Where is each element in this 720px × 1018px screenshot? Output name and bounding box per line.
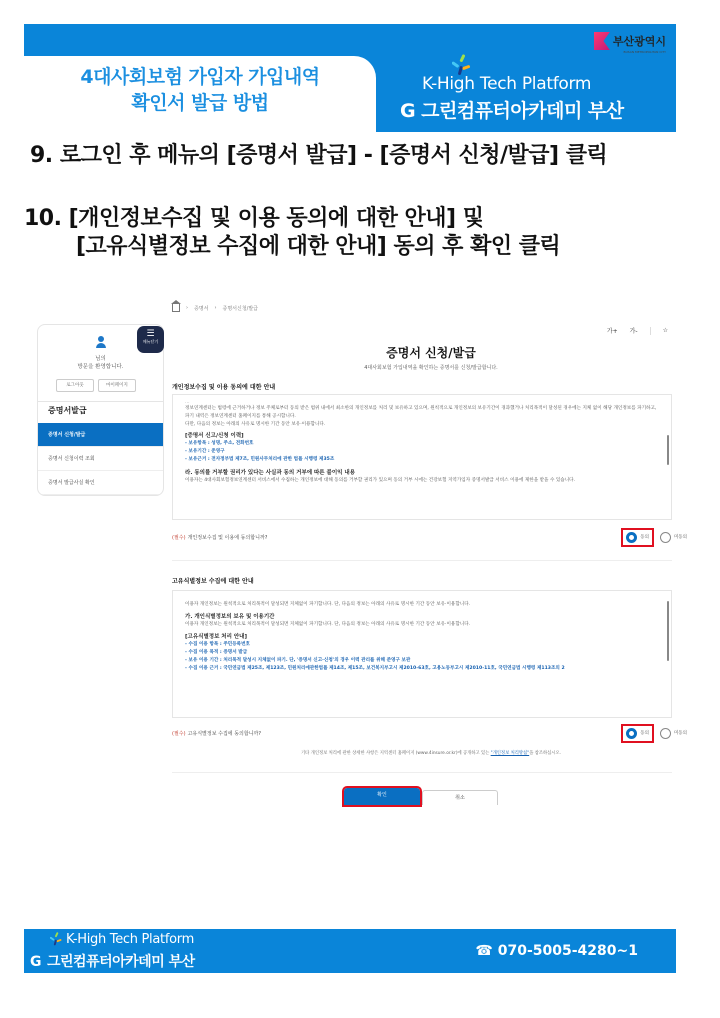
privacy-paragraph2: 다만, 다음의 정보는 아래의 사유로 명시한 기간 동안 보유·이용합니다. (185, 421, 659, 429)
sidebar-item-history[interactable]: 증명서 신청이력 조회 (38, 447, 163, 471)
note-tail: 을 참조하십시오. (529, 751, 561, 756)
privacy-list-item: - 보유항목 : 성명, 주소, 전화번호 (185, 440, 659, 448)
privacy-policy-note: 기타 개인정보 처리에 관한 상세한 사항은 지역센터 홈페이지 (www.4i… (172, 750, 690, 756)
busan-logo: 부산광역시 (594, 32, 666, 50)
menu-icon: ☰ (137, 330, 164, 339)
disagree-label: 미동의 (674, 730, 687, 736)
breadcrumb: › 증명서 › 증명서신청/발급 (172, 304, 258, 312)
breadcrumb-item[interactable]: 증명서신청/발급 (223, 305, 259, 312)
unique-id-list-title: [고유식별정보 처리 안내] (185, 633, 659, 641)
required-label: (필수) (172, 730, 186, 737)
divider (38, 401, 163, 402)
instruction-step-10: 10. [개인정보수집 및 이용 동의에 대한 안내] 및 [고유식별정보 수집… (24, 205, 684, 261)
footer-academy-text: 그린컴퓨터아카데미 부산 (47, 954, 195, 970)
privacy-consent-question: 개인정보수집 및 이용에 동의합니까? (188, 534, 268, 541)
phone-icon: ☎ (475, 943, 492, 959)
divider (172, 560, 672, 561)
unique-id-disagree-radio[interactable]: 미동의 (660, 728, 687, 739)
unique-id-paragraph1: 이용자 개인정보는 원칙적으로 처리목적이 달성되면 지체없이 파기합니다. 단… (185, 601, 659, 609)
unique-id-consent-row: (필수) 고유식별정보 수집에 동의합니까? 동의 미동의 (172, 722, 687, 744)
privacy-content-box[interactable]: … 정보연계센터는 법령에 근거하거나 정보 주체로부터 동의 받은 범위 내에… (172, 394, 672, 520)
note-text: 기타 개인정보 처리에 관한 상세한 사항은 지역센터 홈페이지 (www.4i… (301, 751, 491, 756)
radio-selected-icon[interactable] (626, 728, 637, 739)
academy-name: G그린컴퓨터아카데미 부산 (400, 96, 624, 123)
breadcrumb-item[interactable]: 증명서 (194, 305, 209, 312)
instruction-step-9: 9. 로그인 후 메뉴의 [증명서 발급] - [증명서 신청/발급] 클릭 (30, 142, 690, 170)
home-icon[interactable] (172, 304, 180, 312)
toolbar: 가+ 가- ☆ (607, 326, 668, 335)
scrollbar[interactable] (667, 435, 669, 465)
welcome-message: 님의 방문을 환영합니다. (38, 355, 163, 371)
unique-id-section-title: 고유식별정보 수집에 대한 안내 (172, 576, 254, 585)
privacy-consent-options: 동의 미동의 (621, 528, 687, 547)
footer-banner: K-High Tech Platform G그린컴퓨터아카데미 부산 ☎ 070… (24, 929, 676, 973)
privacy-consent-row: (필수) 개인정보수집 및 이용에 동의합니까? 동의 미동의 (172, 526, 687, 548)
banner-title-line2: 확인서 발급 방법 (24, 90, 376, 116)
agree-label: 동의 (640, 534, 649, 540)
busan-logo-subtext: BUSAN METROPOLITAN CITY (624, 50, 666, 54)
academy-name-text: 그린컴퓨터아카데미 부산 (421, 100, 624, 122)
privacy-disagree-radio[interactable]: 미동의 (660, 532, 687, 543)
unique-id-list-item: - 수집 이용 항목 : 주민등록번호 (185, 641, 659, 649)
k-high-logo-icon (452, 54, 474, 76)
sidebar-section-title: 증명서발급 (48, 405, 87, 416)
page-subtitle: 4대사회보험 가입내역을 확인하는 증명서를 신청/발급합니다. (172, 364, 690, 371)
footer-academy-name: G그린컴퓨터아카데미 부산 (30, 951, 195, 971)
unique-id-consent-options: 동의 미동의 (621, 724, 687, 743)
divider (172, 772, 672, 773)
privacy-section-title: 개인정보수집 및 이용 동의에 대한 안내 (172, 382, 275, 391)
footer-phone: ☎ 070-5005-4280~1 (475, 943, 638, 959)
favorite-star-icon[interactable]: ☆ (663, 327, 668, 334)
unique-id-agree-radio[interactable]: 동의 (621, 724, 654, 743)
unique-id-subtitle: 가. 개인식별정보의 보유 및 이용기간 (185, 613, 659, 621)
phone-number: 070-5005-4280~1 (498, 943, 638, 959)
mypage-button[interactable]: 마이페이지 (98, 379, 136, 392)
privacy-list-item: - 보유근거 : 전자정부법 제7조, 민원사무처리에 관한 법률 시행령 제3… (185, 456, 659, 464)
privacy-list-item: - 보유기간 : 준영구 (185, 448, 659, 456)
unique-id-list-item: - 수집 이용 목적 : 증명서 발급 (185, 649, 659, 657)
required-label: (필수) (172, 534, 186, 541)
website-screenshot: › 증명서 › 증명서신청/발급 님의 방문을 환영합니다. 로그아웃 마이페이… (30, 298, 690, 808)
radio-unselected-icon[interactable] (660, 728, 671, 739)
unique-id-consent-question: 고유식별정보 수집에 동의합니까? (188, 730, 261, 737)
header-banner: 4대사회보험 가입자 가입내역 확인서 발급 방법 부산광역시 BUSAN ME… (24, 24, 676, 132)
privacy-paragraph1: 정보연계센터는 법령에 근거하거나 정보 주체로부터 동의 받은 범위 내에서 … (185, 405, 659, 421)
welcome-line1: 님의 (38, 355, 163, 363)
footer-platform-name: K-High Tech Platform (66, 932, 194, 947)
sidebar-item-apply-issue[interactable]: 증명서 신청/발급 (38, 423, 163, 447)
page-title: 증명서 신청/발급 (172, 344, 690, 361)
sidebar-buttons: 로그아웃 마이페이지 (56, 379, 136, 392)
agree-label: 동의 (640, 730, 649, 736)
privacy-refusal-title: 라. 동의를 거부할 권리가 있다는 사실과 동의 거부에 따른 불이익 내용 (185, 469, 659, 477)
instruction-step-10-line1: 10. [개인정보수집 및 이용 동의에 대한 안내] 및 (24, 206, 483, 231)
unique-id-paragraph2: 이용자 개인정보는 원칙적으로 처리목적이 달성되면 지체없이 파기합니다. 단… (185, 621, 659, 629)
academy-logo-icon: G (30, 954, 41, 970)
breadcrumb-separator: › (215, 305, 217, 311)
font-decrease-button[interactable]: 가- (630, 326, 638, 335)
sidebar-item-verify[interactable]: 증명서 발급사실 확인 (38, 471, 163, 495)
privacy-refusal-text: 이용자는 4대사회보험정보연계센터 서비스에서 수집하는 개인정보에 대해 동의… (185, 477, 659, 485)
privacy-policy-link[interactable]: "개인정보 처리방침" (491, 751, 530, 756)
user-avatar-icon (95, 336, 107, 350)
menu-close-label: 메뉴닫기 (143, 339, 158, 344)
privacy-agree-radio[interactable]: 동의 (621, 528, 654, 547)
instruction-step-10-line2: [고유식별정보 수집에 대한 안내] 동의 후 확인 클릭 (24, 233, 684, 261)
breadcrumb-separator: › (186, 305, 188, 311)
unique-id-list-item: - 수집 이용 근거 : 국민연금법 제25조, 제123조, 민원처리에관한법… (185, 665, 659, 673)
scrollbar[interactable] (667, 601, 669, 661)
disagree-label: 미동의 (674, 534, 687, 540)
unique-id-content-box[interactable]: 이용자 개인정보는 원칙적으로 처리목적이 달성되면 지체없이 파기합니다. 단… (172, 590, 672, 718)
k-high-logo-icon (50, 932, 64, 946)
confirm-button[interactable]: 확인 (344, 788, 420, 805)
cancel-button[interactable]: 취소 (422, 790, 498, 805)
divider (650, 327, 651, 335)
welcome-line2: 방문을 환영합니다. (38, 363, 163, 371)
radio-unselected-icon[interactable] (660, 532, 671, 543)
menu-close-button[interactable]: ☰ 메뉴닫기 (137, 326, 164, 353)
banner-title: 4대사회보험 가입자 가입내역 확인서 발급 방법 (24, 64, 376, 116)
logout-button[interactable]: 로그아웃 (56, 379, 94, 392)
academy-logo-icon: G (400, 100, 415, 122)
busan-logo-icon (594, 32, 610, 50)
font-increase-button[interactable]: 가+ (607, 326, 618, 335)
platform-name: K-High Tech Platform (422, 74, 591, 94)
privacy-list-title: [증명서 신고/신청 이력] (185, 432, 659, 440)
unique-id-list-item: - 보유 이용 기간 : 처리목적 달성시 지체없이 파기. 단, '증명서 신… (185, 657, 659, 665)
radio-selected-icon[interactable] (626, 532, 637, 543)
banner-title-line1: 4대사회보험 가입자 가입내역 (24, 64, 376, 90)
busan-logo-text: 부산광역시 (613, 33, 666, 49)
